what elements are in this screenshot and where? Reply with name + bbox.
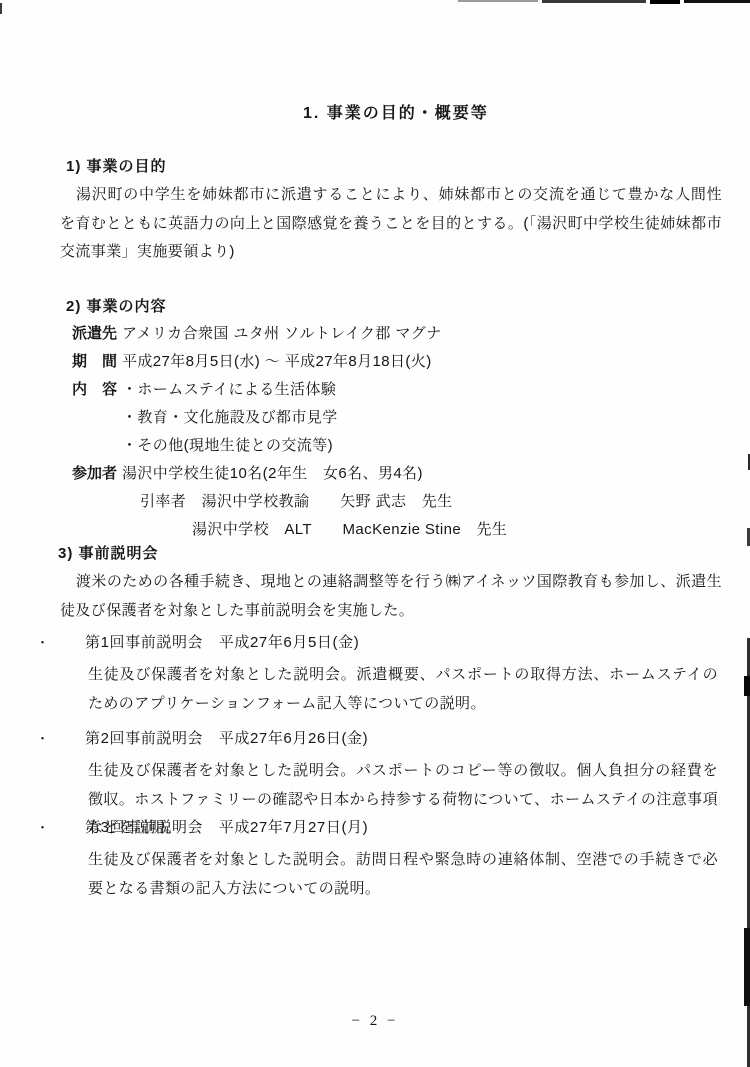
info-value: ・ホームステイによる生活体験 xyxy=(122,376,336,404)
info-label: 期 間 xyxy=(72,348,122,376)
section-1-body: 湯沢町の中学生を姉妹都市に派遣することにより、姉妹都市との交流を通じて豊かな人間… xyxy=(60,181,722,267)
meeting-head: ・ 第2回事前説明会 平成27年6月26日(金) xyxy=(36,729,726,749)
scan-artifact-top-edge xyxy=(458,0,538,2)
document-title: 1. 事業の目的・概要等 xyxy=(303,100,489,123)
bullet-icon: ・ xyxy=(36,729,85,749)
info-row-contents-1: 内 容 ・ホームステイによる生活体験 xyxy=(72,376,722,404)
meeting-title: 第1回事前説明会 平成27年6月5日(金) xyxy=(85,633,359,653)
meeting-title: 第2回事前説明会 平成27年6月26日(金) xyxy=(85,729,368,749)
info-value: ・教育・文化施設及び都市見学 xyxy=(122,404,338,432)
info-label xyxy=(72,516,122,544)
meeting-item-1: ・ 第1回事前説明会 平成27年6月5日(金) 生徒及び保護者を対象とした説明会… xyxy=(36,633,726,718)
meeting-head: ・ 第3回事前説明会 平成27年7月27日(月) xyxy=(36,818,726,838)
info-row-participants: 参加者 湯沢中学校生徒10名(2年生 女6名、男4名) xyxy=(72,460,722,488)
meeting-description: 生徒及び保護者を対象とした説明会。訪問日程や緊急時の連絡体制、空港での手続きで必… xyxy=(88,846,718,903)
section-1-heading: 1) 事業の目的 xyxy=(66,155,167,176)
info-value: 引率者 湯沢中学校教諭 矢野 武志 先生 xyxy=(122,488,453,516)
project-details: 派遣先 アメリカ合衆国 ユタ州 ソルトレイク郡 マグナ 期 間 平成27年8月5… xyxy=(72,320,722,544)
scan-artifact-top-edge xyxy=(650,0,680,4)
info-label: 内 容 xyxy=(72,376,122,404)
info-row-chaperone-2: 湯沢中学校 ALT MacKenzie Stine 先生 xyxy=(72,516,722,544)
info-row-period: 期 間 平成27年8月5日(水) ～ 平成27年8月18日(火) xyxy=(72,348,722,376)
scan-artifact-left-edge xyxy=(0,3,2,14)
scan-artifact-right-edge xyxy=(744,928,750,1006)
info-row-contents-2: ・教育・文化施設及び都市見学 xyxy=(72,404,722,432)
scan-artifact-right-edge xyxy=(744,676,750,696)
info-label xyxy=(72,488,122,516)
scan-artifact-top-edge xyxy=(542,0,646,3)
info-label xyxy=(72,404,122,432)
info-value: アメリカ合衆国 ユタ州 ソルトレイク郡 マグナ xyxy=(122,320,442,348)
info-label: 参加者 xyxy=(72,460,122,488)
scanned-document-page: 1. 事業の目的・概要等 1) 事業の目的 湯沢町の中学生を姉妹都市に派遣するこ… xyxy=(0,0,750,1067)
info-row-chaperone-1: 引率者 湯沢中学校教諭 矢野 武志 先生 xyxy=(72,488,722,516)
meeting-item-3: ・ 第3回事前説明会 平成27年7月27日(月) 生徒及び保護者を対象とした説明… xyxy=(36,818,726,903)
section-3-heading: 3) 事前説明会 xyxy=(58,542,159,563)
info-label: 派遣先 xyxy=(72,320,122,348)
meeting-description: 生徒及び保護者を対象とした説明会。派遣概要、パスポートの取得方法、ホームステイの… xyxy=(88,661,718,718)
info-value: 湯沢中学校生徒10名(2年生 女6名、男4名) xyxy=(122,460,423,488)
info-row-destination: 派遣先 アメリカ合衆国 ユタ州 ソルトレイク郡 マグナ xyxy=(72,320,722,348)
info-row-contents-3: ・その他(現地生徒との交流等) xyxy=(72,432,722,460)
meeting-head: ・ 第1回事前説明会 平成27年6月5日(金) xyxy=(36,633,726,653)
meeting-title: 第3回事前説明会 平成27年7月27日(月) xyxy=(85,818,368,838)
bullet-icon: ・ xyxy=(36,818,85,838)
bullet-icon: ・ xyxy=(36,633,85,653)
info-value: ・その他(現地生徒との交流等) xyxy=(122,432,333,460)
section-3-body: 渡米のための各種手続き、現地との連絡調整等を行う㈱アイネッツ国際教育も参加し、派… xyxy=(60,568,722,625)
info-value: 湯沢中学校 ALT MacKenzie Stine 先生 xyxy=(122,516,507,544)
scan-artifact-top-edge xyxy=(684,0,750,3)
page-number: − 2 − xyxy=(0,1013,750,1030)
info-value: 平成27年8月5日(水) ～ 平成27年8月18日(火) xyxy=(122,348,432,376)
info-label xyxy=(72,432,122,460)
section-2-heading: 2) 事業の内容 xyxy=(66,295,167,316)
